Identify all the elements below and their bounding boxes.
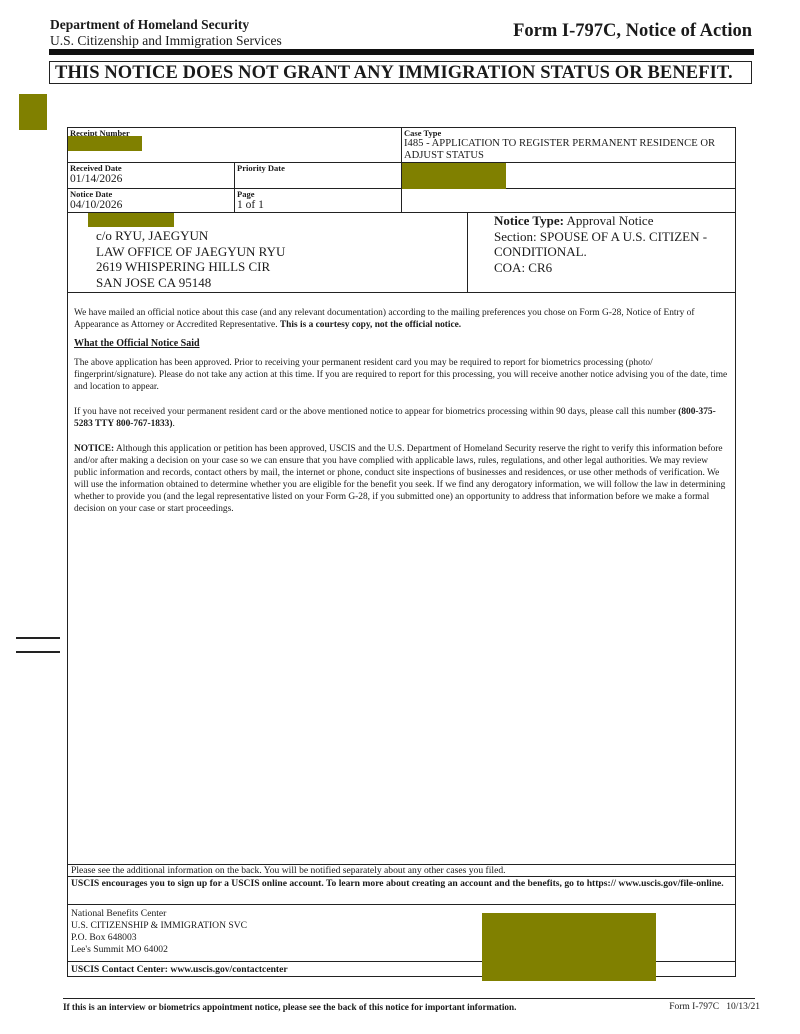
notice-form: Receipt Number Case Type I485 - APPLICAT… [67, 127, 736, 977]
footer-divider [63, 998, 755, 999]
applicant-redacted [402, 163, 506, 189]
notice-date-label: Notice Date [68, 189, 234, 199]
case-type-value: I485 - APPLICATION TO REGISTER PERMANENT… [402, 138, 736, 161]
case-type-label: Case Type [402, 128, 736, 138]
notice-date-cell: Notice Date 04/10/2026 [68, 189, 235, 213]
margin-mark [16, 637, 60, 639]
case-type-cell: Case Type I485 - APPLICATION TO REGISTER… [402, 128, 736, 163]
notice-type-value: Approval Notice [566, 213, 653, 228]
department-name: Department of Homeland Security [50, 17, 282, 33]
contact-paragraph: If you have not received your permanent … [74, 406, 729, 430]
received-date-cell: Received Date 01/14/2026 [68, 163, 235, 189]
notice-type: Notice Type: Approval Notice [494, 213, 734, 229]
address-line: c/o RYU, JAEGYUN [96, 228, 285, 244]
receipt-number-cell: Receipt Number [68, 128, 402, 163]
mailing-address-cell: c/o RYU, JAEGYUN LAW OFFICE OF JAEGYUN R… [68, 213, 468, 293]
section-heading: What the Official Notice Said [74, 338, 729, 350]
page-label: Page [235, 189, 401, 199]
form-version: Form I-797C 10/13/21 [669, 1002, 760, 1012]
barcode-redacted [482, 913, 656, 981]
notice-details-cell: Notice Type: Approval Notice Section: SP… [468, 213, 736, 293]
address-line: LAW OFFICE OF JAEGYUN RYU [96, 244, 285, 260]
appointment-note: If this is an interview or biometrics ap… [63, 1002, 516, 1012]
header-divider [49, 49, 754, 55]
online-account-row: USCIS encourages you to sign up for a US… [68, 877, 736, 905]
form-title: Form I-797C, Notice of Action [513, 21, 752, 42]
agency-name: U.S. Citizenship and Immigration Service… [50, 33, 282, 49]
mailing-address: c/o RYU, JAEGYUN LAW OFFICE OF JAEGYUN R… [96, 228, 285, 290]
notice-date-value: 04/10/2026 [68, 199, 234, 212]
notice-body: We have mailed an official notice about … [74, 307, 729, 515]
notice-details: Notice Type: Approval Notice Section: SP… [494, 213, 734, 275]
receipt-number-redacted [68, 136, 142, 151]
office-line: Lee's Summit MO 64002 [71, 944, 468, 956]
notice-label: NOTICE: [74, 444, 114, 454]
approval-paragraph: The above application has been approved.… [74, 357, 729, 393]
received-date-value: 01/14/2026 [68, 173, 234, 186]
intro-paragraph: We have mailed an official notice about … [74, 307, 729, 331]
office-address: National Benefits Center U.S. CITIZENSHI… [68, 908, 468, 956]
section-value: Section: SPOUSE OF A U.S. CITIZEN - COND… [494, 229, 734, 260]
page-value: 1 of 1 [235, 199, 401, 212]
office-line: National Benefits Center [71, 908, 468, 920]
additional-info-row: Please see the additional information on… [68, 864, 736, 877]
status-banner: THIS NOTICE DOES NOT GRANT ANY IMMIGRATI… [49, 61, 752, 84]
redaction-block [19, 94, 47, 130]
applicant-cell [402, 163, 736, 189]
verification-notice-paragraph: NOTICE: Although this application or pet… [74, 443, 729, 515]
priority-date-cell: Priority Date [235, 163, 402, 189]
notice-type-label: Notice Type: [494, 213, 564, 228]
courtesy-copy-note: This is a courtesy copy, not the officia… [280, 320, 461, 330]
address-line: SAN JOSE CA 95148 [96, 275, 285, 291]
blank-cell [402, 189, 736, 213]
agency-header: Department of Homeland Security U.S. Cit… [50, 17, 282, 49]
office-line: P.O. Box 648003 [71, 932, 468, 944]
priority-date-label: Priority Date [235, 163, 401, 173]
margin-mark [16, 651, 60, 653]
office-line: U.S. CITIZENSHIP & IMMIGRATION SVC [71, 920, 468, 932]
recipient-name-redacted [88, 213, 174, 227]
coa-value: COA: CR6 [494, 260, 734, 276]
page-cell: Page 1 of 1 [235, 189, 402, 213]
received-date-label: Received Date [68, 163, 234, 173]
address-line: 2619 WHISPERING HILLS CIR [96, 259, 285, 275]
